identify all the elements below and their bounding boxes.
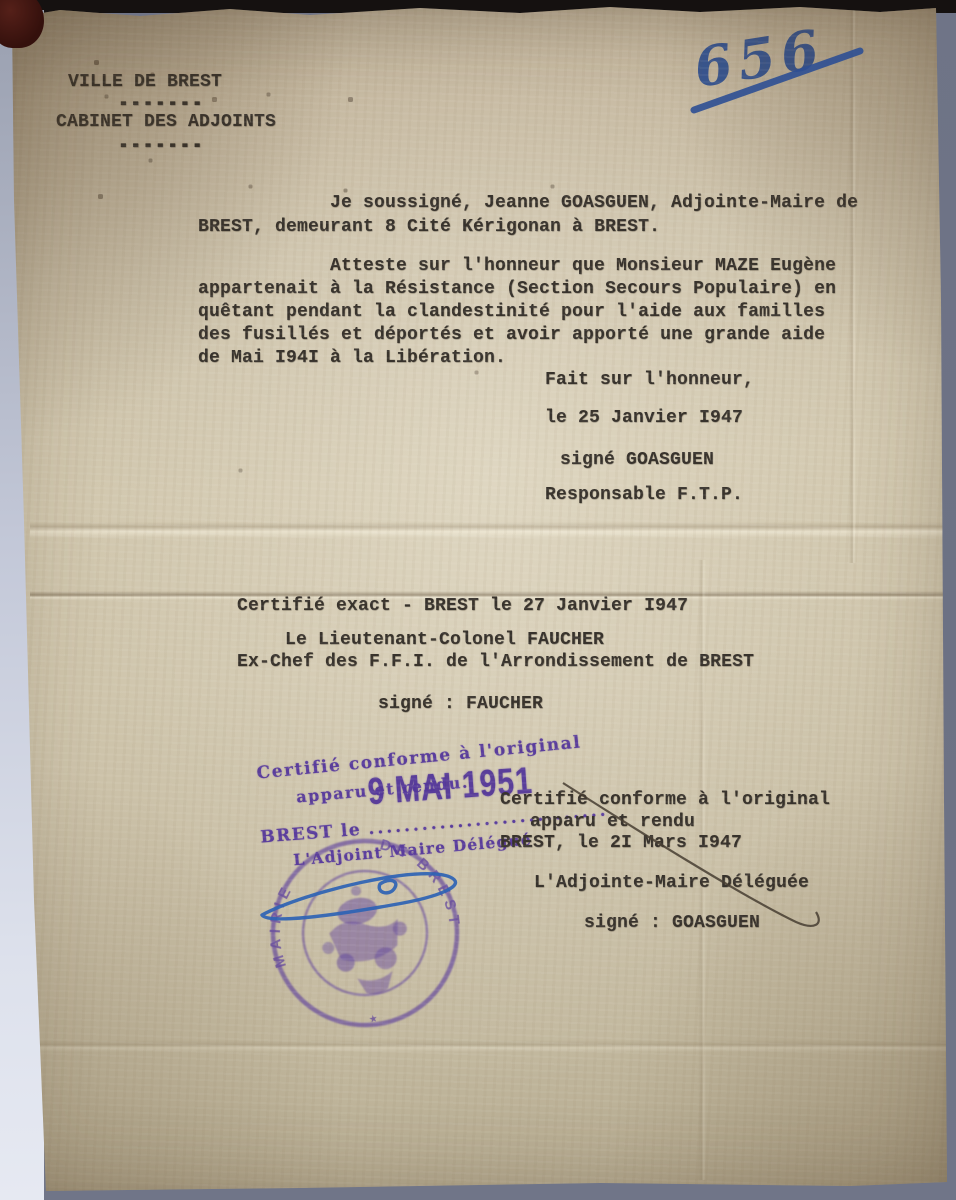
certification-exact-line1: Certifié exact - BREST le 27 Janvier I94… <box>237 596 688 616</box>
certification-conforme-line5: signé : GOASGUEN <box>584 913 760 933</box>
paper: VILLE DE BREST ------- CABINET DES ADJOI… <box>0 0 956 1200</box>
seal-rim-text-right: DE BREST <box>375 824 464 943</box>
certification-exact-line4: signé : FAUCHER <box>378 694 543 714</box>
certification-conforme-line2: apparu et rendu <box>530 812 695 832</box>
fold-crease <box>30 522 950 538</box>
attestation-paragraph1-line2: BREST, demeurant 8 Cité Kérigonan à BRES… <box>198 217 660 237</box>
official-seal: MAIRIE DE BREST ★ <box>243 811 487 1055</box>
letterhead-divider-2: ------- <box>118 129 204 163</box>
certification-exact-line2: Le Lieutenant-Colonel FAUCHER <box>285 630 604 650</box>
wrinkle-crease <box>849 8 856 563</box>
attestation-paragraph2-line3: quêtant pendant la clandestinité pour l'… <box>198 302 825 322</box>
seal-coat-of-arms <box>311 877 419 1003</box>
attestation-paragraph2-line2: appartenait à la Résistance (Section Sec… <box>198 279 836 299</box>
seal-star: ★ <box>368 1010 380 1028</box>
certification-conforme-line4: L'Adjointe-Maire Déléguée <box>534 873 809 893</box>
scanned-document: VILLE DE BREST ------- CABINET DES ADJOI… <box>0 0 956 1200</box>
closing-line3: signé GOASGUEN <box>560 450 714 470</box>
attestation-paragraph1-line1: Je soussigné, Jeanne GOASGUEN, Adjointe-… <box>330 193 858 213</box>
closing-line4: Responsable F.T.P. <box>545 485 743 505</box>
handwritten-reference-number: 656 <box>690 16 829 100</box>
certification-exact-line3: Ex-Chef des F.F.I. de l'Arrondissement d… <box>237 652 754 672</box>
attestation-paragraph2-line1: Atteste sur l'honneur que Monsieur MAZE … <box>330 256 836 276</box>
certification-conforme-line1: Certifié conforme à l'original <box>500 790 830 810</box>
attestation-paragraph2-line4: des fusillés et déportés et avoir apport… <box>198 325 825 345</box>
attestation-paragraph2-line5: de Mai I94I à la Libération. <box>198 348 506 368</box>
closing-line2: le 25 Janvier I947 <box>545 408 743 428</box>
fold-crease <box>30 1040 950 1052</box>
certification-conforme-line3: BREST, le 2I Mars I947 <box>500 833 742 853</box>
svg-text:DE BREST: DE BREST <box>375 824 464 943</box>
closing-line1: Fait sur l'honneur, <box>545 370 754 390</box>
